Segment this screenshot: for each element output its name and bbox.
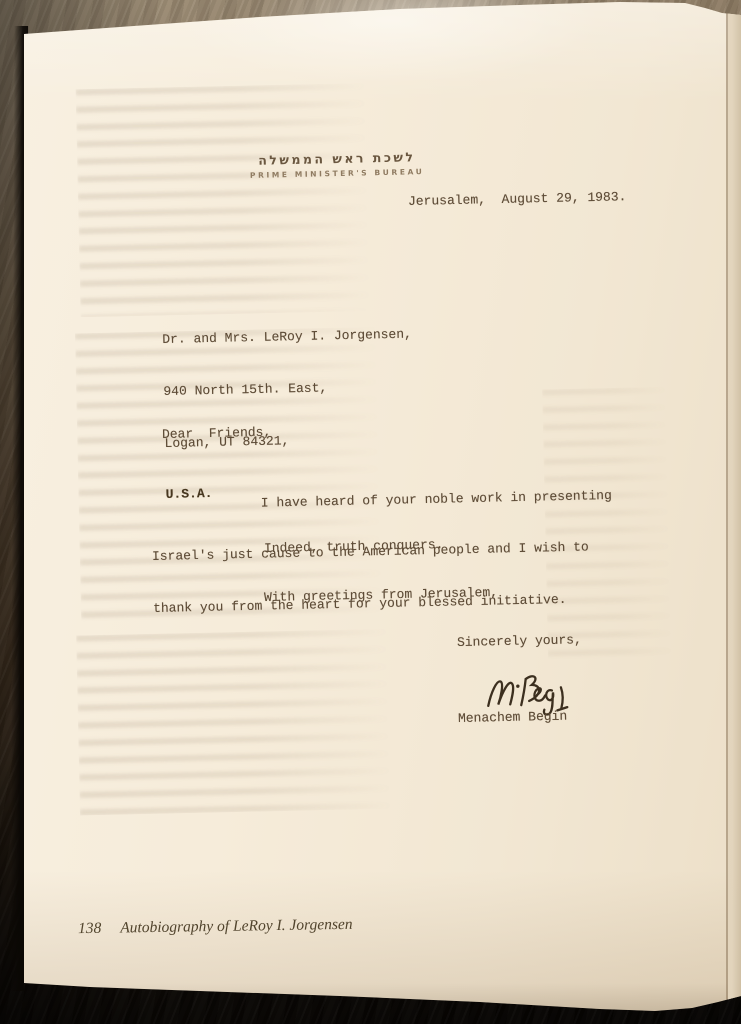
- letterhead-hebrew-text: לשכת ראש הממשלה: [246, 149, 428, 168]
- body-line: I have heard of your noble work in prese…: [151, 487, 612, 514]
- letterhead: לשכת ראש הממשלה PRIME MINISTER'S BUREAU: [246, 149, 429, 180]
- salutation: Dear Friends,: [162, 425, 272, 442]
- letterhead-english-text: PRIME MINISTER'S BUREAU: [246, 167, 428, 180]
- book-title: Autobiography of LeRoy I. Jorgensen: [120, 916, 353, 938]
- closing-line: Sincerely yours,: [457, 632, 582, 650]
- dateline: Jerusalem, August 29, 1983.: [408, 189, 627, 209]
- page-number: 138: [78, 920, 102, 938]
- recipient-line: 940 North 15th. East,: [163, 378, 413, 401]
- letter-content: לשכת ראש הממשלה PRIME MINISTER'S BUREAU …: [0, 0, 741, 1024]
- book-footer: 138 Autobiography of LeRoy I. Jorgensen: [78, 916, 353, 938]
- typed-signature-name: Menachem Begin: [458, 709, 568, 726]
- book-page: לשכת ראש הממשלה PRIME MINISTER'S BUREAU …: [0, 0, 741, 1024]
- recipient-line: Dr. and Mrs. LeRoy I. Jorgensen,: [162, 326, 412, 349]
- photographed-book-page-scene: לשכת ראש הממשלה PRIME MINISTER'S BUREAU …: [0, 0, 741, 1024]
